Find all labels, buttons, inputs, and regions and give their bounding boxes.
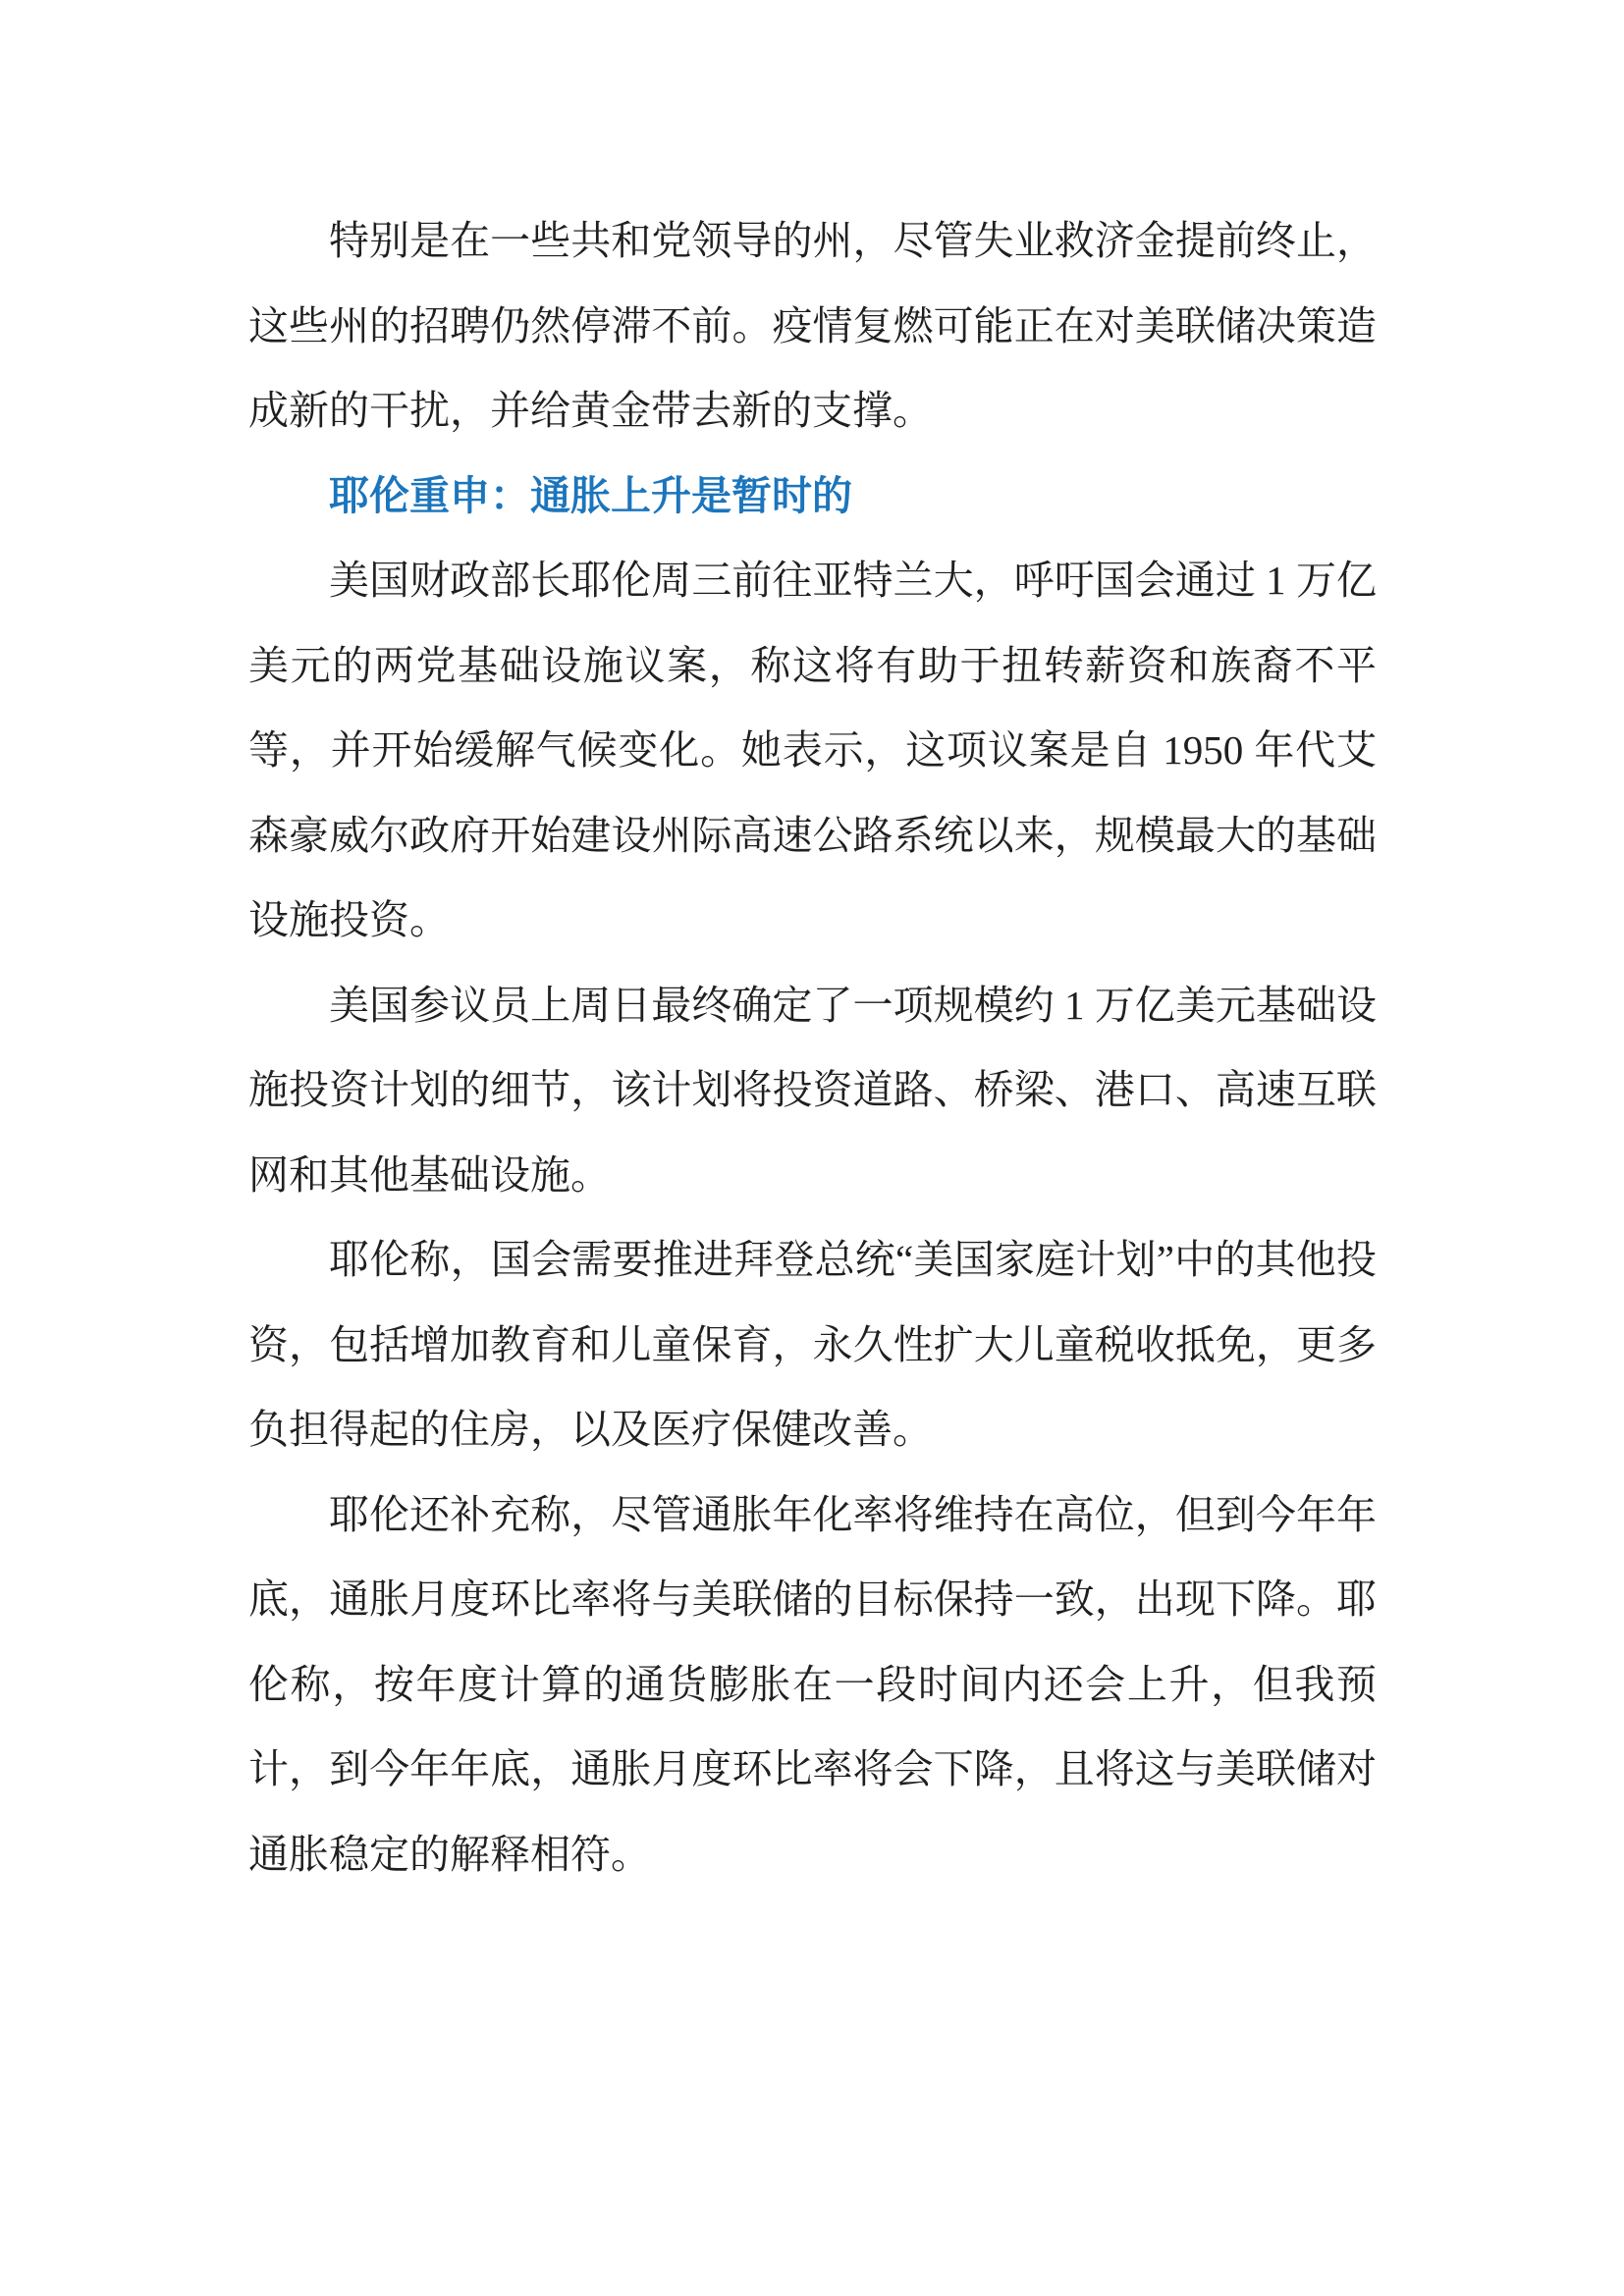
paragraph: 耶伦称，国会需要推进拜登总统“美国家庭计划”中的其他投资，包括增加教育和儿童保育… [248,1217,1377,1472]
paragraph: 特别是在一些共和党领导的州，尽管失业救济金提前终止，这些州的招聘仍然停滞不前。疫… [248,198,1377,454]
paragraph: 耶伦还补充称，尽管通胀年化率将维持在高位，但到今年年底，通胀月度环比率将与美联储… [248,1472,1377,1897]
paragraph: 美国财政部长耶伦周三前往亚特兰大，呼吁国会通过 1 万亿美元的两党基础设施议案，… [248,538,1377,963]
section-heading: 耶伦重申：通胀上升是暂时的 [248,454,1377,539]
paragraph: 美国参议员上周日最终确定了一项规模约 1 万亿美元基础设施投资计划的细节，该计划… [248,963,1377,1218]
document-page: 特别是在一些共和党领导的州，尽管失业救济金提前终止，这些州的招聘仍然停滞不前。疫… [0,0,1624,2296]
